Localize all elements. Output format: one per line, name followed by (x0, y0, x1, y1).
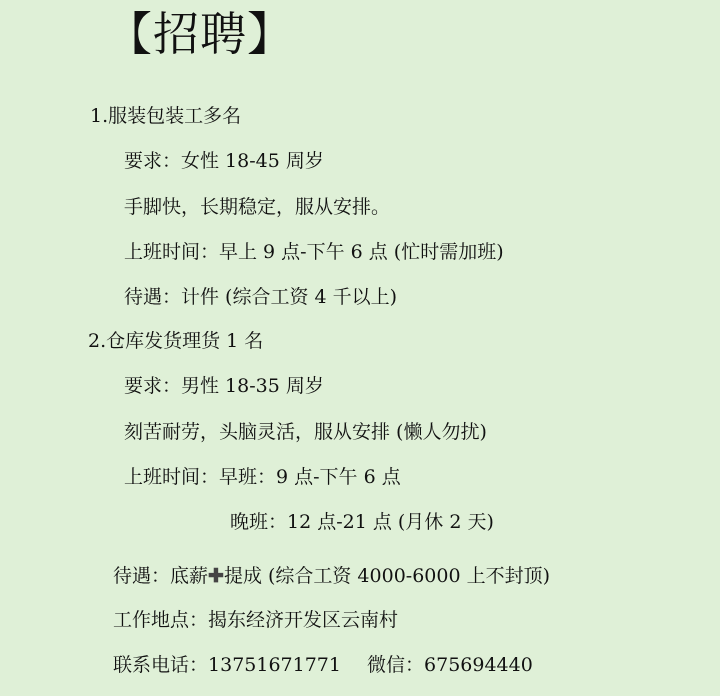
position-2-day-shift: 上班时间：早班：9 点-下午 6 点 (124, 463, 401, 491)
position-2-night-shift: 晚班：12 点-21 点 (月休 2 天) (230, 508, 494, 536)
wechat-id: 675694440 (424, 654, 533, 676)
plus-icon: ✚ (208, 565, 224, 587)
position-1-traits: 手脚快，长期稳定，服从安排。 (124, 193, 390, 221)
work-location: 工作地点：揭东经济开发区云南村 (113, 606, 398, 634)
phone-label: 联系电话： (113, 654, 208, 676)
position-2-requirement: 要求：男性 18-35 周岁 (124, 372, 324, 400)
position-2-heading: 2.仓库发货理货 1 名 (88, 327, 263, 355)
pay-suffix: 提成 (综合工资 4000-6000 上不封顶) (224, 565, 550, 587)
position-1-heading: 1.服装包装工多名 (90, 102, 241, 130)
position-1-requirement: 要求：女性 18-45 周岁 (124, 147, 324, 175)
pay-prefix: 待遇：底薪 (113, 565, 208, 587)
page-title: 【招聘】 (106, 2, 294, 66)
position-1-hours: 上班时间：早上 9 点-下午 6 点 (忙时需加班) (124, 238, 504, 266)
pay-line: 待遇：底薪✚提成 (综合工资 4000-6000 上不封顶) (113, 562, 550, 590)
wechat-label: 微信： (367, 654, 424, 676)
position-2-traits: 刻苦耐劳，头脑灵活，服从安排 (懒人勿扰) (124, 418, 487, 446)
position-1-pay: 待遇：计件 (综合工资 4 千以上) (124, 283, 397, 311)
phone-number: 13751671771 (208, 654, 341, 676)
contact-line: 联系电话：13751671771微信：675694440 (113, 651, 533, 679)
